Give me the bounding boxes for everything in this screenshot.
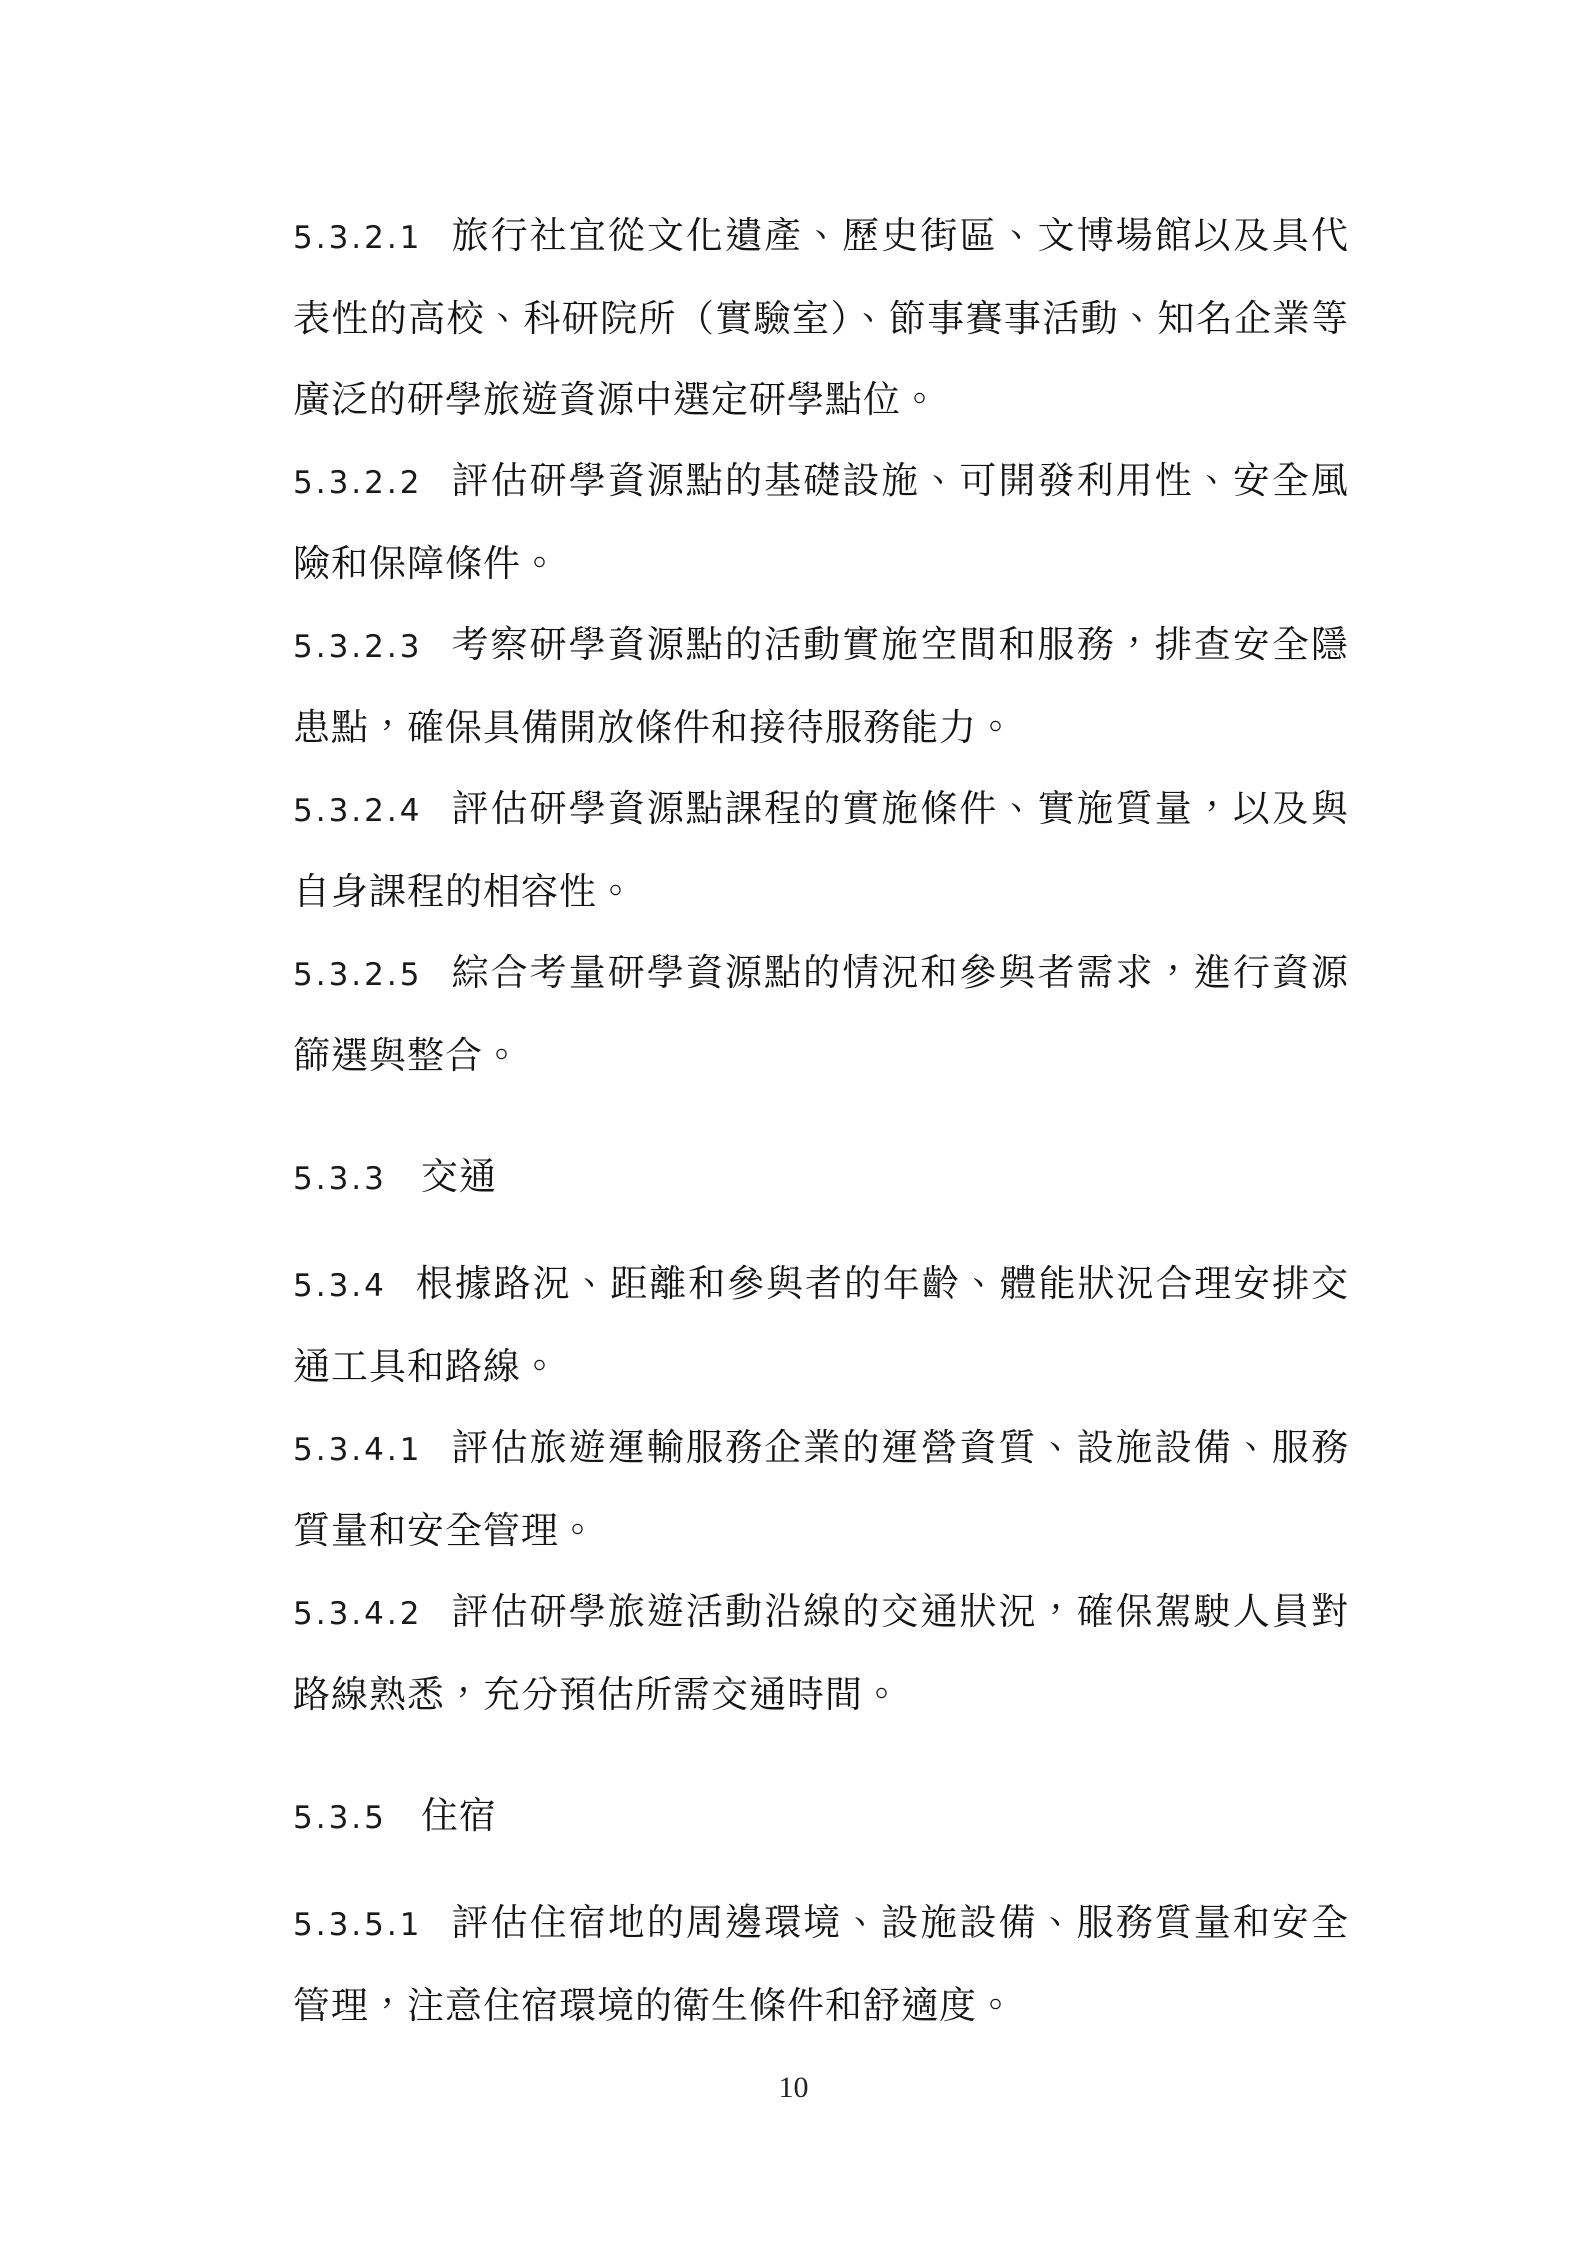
clause-paragraph: 5.3.2.5綜合考量研學資源點的情況和參與者需求，進行資源篩選與整合。	[293, 933, 1349, 1097]
clause-text: 評估研學旅遊活動沿線的交通狀況，確保駕駛人員對路線熟悉，充分預估所需交通時間。	[293, 1592, 1349, 1716]
clause-number: 5.3.4.1	[293, 1432, 422, 1468]
clause-text: 旅行社宜從文化遺產、歷史街區、文博場館以及具代表性的高校、科研院所（實驗室）、節…	[293, 216, 1349, 421]
clause-number: 5.3.4	[293, 1268, 387, 1304]
clause-number: 5.3.2.5	[293, 957, 422, 993]
clause-paragraph: 5.3.2.4評估研學資源點課程的實施條件、實施質量，以及與自身課程的相容性。	[293, 769, 1349, 933]
content-area: 5.3.2.1旅行社宜從文化遺產、歷史街區、文博場館以及具代表性的高校、科研院所…	[293, 196, 1349, 2047]
clause-number: 5.3.2.2	[293, 465, 422, 501]
page-number: 10	[779, 2071, 809, 2104]
section-heading: 5.3.5住宿	[293, 1776, 1349, 1859]
clause-text: 評估旅遊運輸服務企業的運營資質、設施設備、服務質量和安全管理。	[293, 1428, 1349, 1552]
clause-text: 交通	[421, 1157, 497, 1198]
section-heading: 5.3.3交通	[293, 1137, 1349, 1220]
clause-text: 考察研學資源點的活動實施空間和服務，排查安全隱患點，確保具備開放條件和接待服務能…	[293, 625, 1349, 749]
clause-text: 住宿	[421, 1796, 497, 1837]
document-page: 5.3.2.1旅行社宜從文化遺產、歷史街區、文博場館以及具代表性的高校、科研院所…	[0, 0, 1587, 2245]
clause-number: 5.3.5	[293, 1800, 387, 1836]
clause-text: 評估住宿地的周邊環境、設施設備、服務質量和安全管理，注意住宿環境的衛生條件和舒適…	[293, 1903, 1349, 2027]
page-footer: 10	[0, 2068, 1587, 2108]
clause-number: 5.3.2.4	[293, 793, 422, 829]
clause-number: 5.3.3	[293, 1161, 387, 1197]
clause-text: 評估研學資源點的基礎設施、可開發利用性、安全風險和保障條件。	[293, 461, 1349, 585]
clause-paragraph: 5.3.4.2評估研學旅遊活動沿線的交通狀況，確保駕駛人員對路線熟悉，充分預估所…	[293, 1572, 1349, 1736]
clause-paragraph: 5.3.4根據路況、距離和參與者的年齡、體能狀況合理安排交通工具和路線。	[293, 1244, 1349, 1408]
clause-number: 5.3.4.2	[293, 1596, 422, 1632]
clause-text: 評估研學資源點課程的實施條件、實施質量，以及與自身課程的相容性。	[293, 789, 1349, 913]
clause-paragraph: 5.3.2.2評估研學資源點的基礎設施、可開發利用性、安全風險和保障條件。	[293, 441, 1349, 605]
clause-paragraph: 5.3.2.3考察研學資源點的活動實施空間和服務，排查安全隱患點，確保具備開放條…	[293, 605, 1349, 769]
clause-paragraph: 5.3.4.1評估旅遊運輸服務企業的運營資質、設施設備、服務質量和安全管理。	[293, 1408, 1349, 1572]
clause-number: 5.3.2.1	[293, 220, 422, 256]
clause-paragraph: 5.3.2.1旅行社宜從文化遺產、歷史街區、文博場館以及具代表性的高校、科研院所…	[293, 196, 1349, 441]
clause-text: 根據路況、距離和參與者的年齡、體能狀況合理安排交通工具和路線。	[293, 1264, 1349, 1388]
clause-text: 綜合考量研學資源點的情況和參與者需求，進行資源篩選與整合。	[293, 953, 1349, 1077]
clause-number: 5.3.5.1	[293, 1907, 422, 1943]
clause-paragraph: 5.3.5.1評估住宿地的周邊環境、設施設備、服務質量和安全管理，注意住宿環境的…	[293, 1883, 1349, 2047]
clause-number: 5.3.2.3	[293, 629, 422, 665]
